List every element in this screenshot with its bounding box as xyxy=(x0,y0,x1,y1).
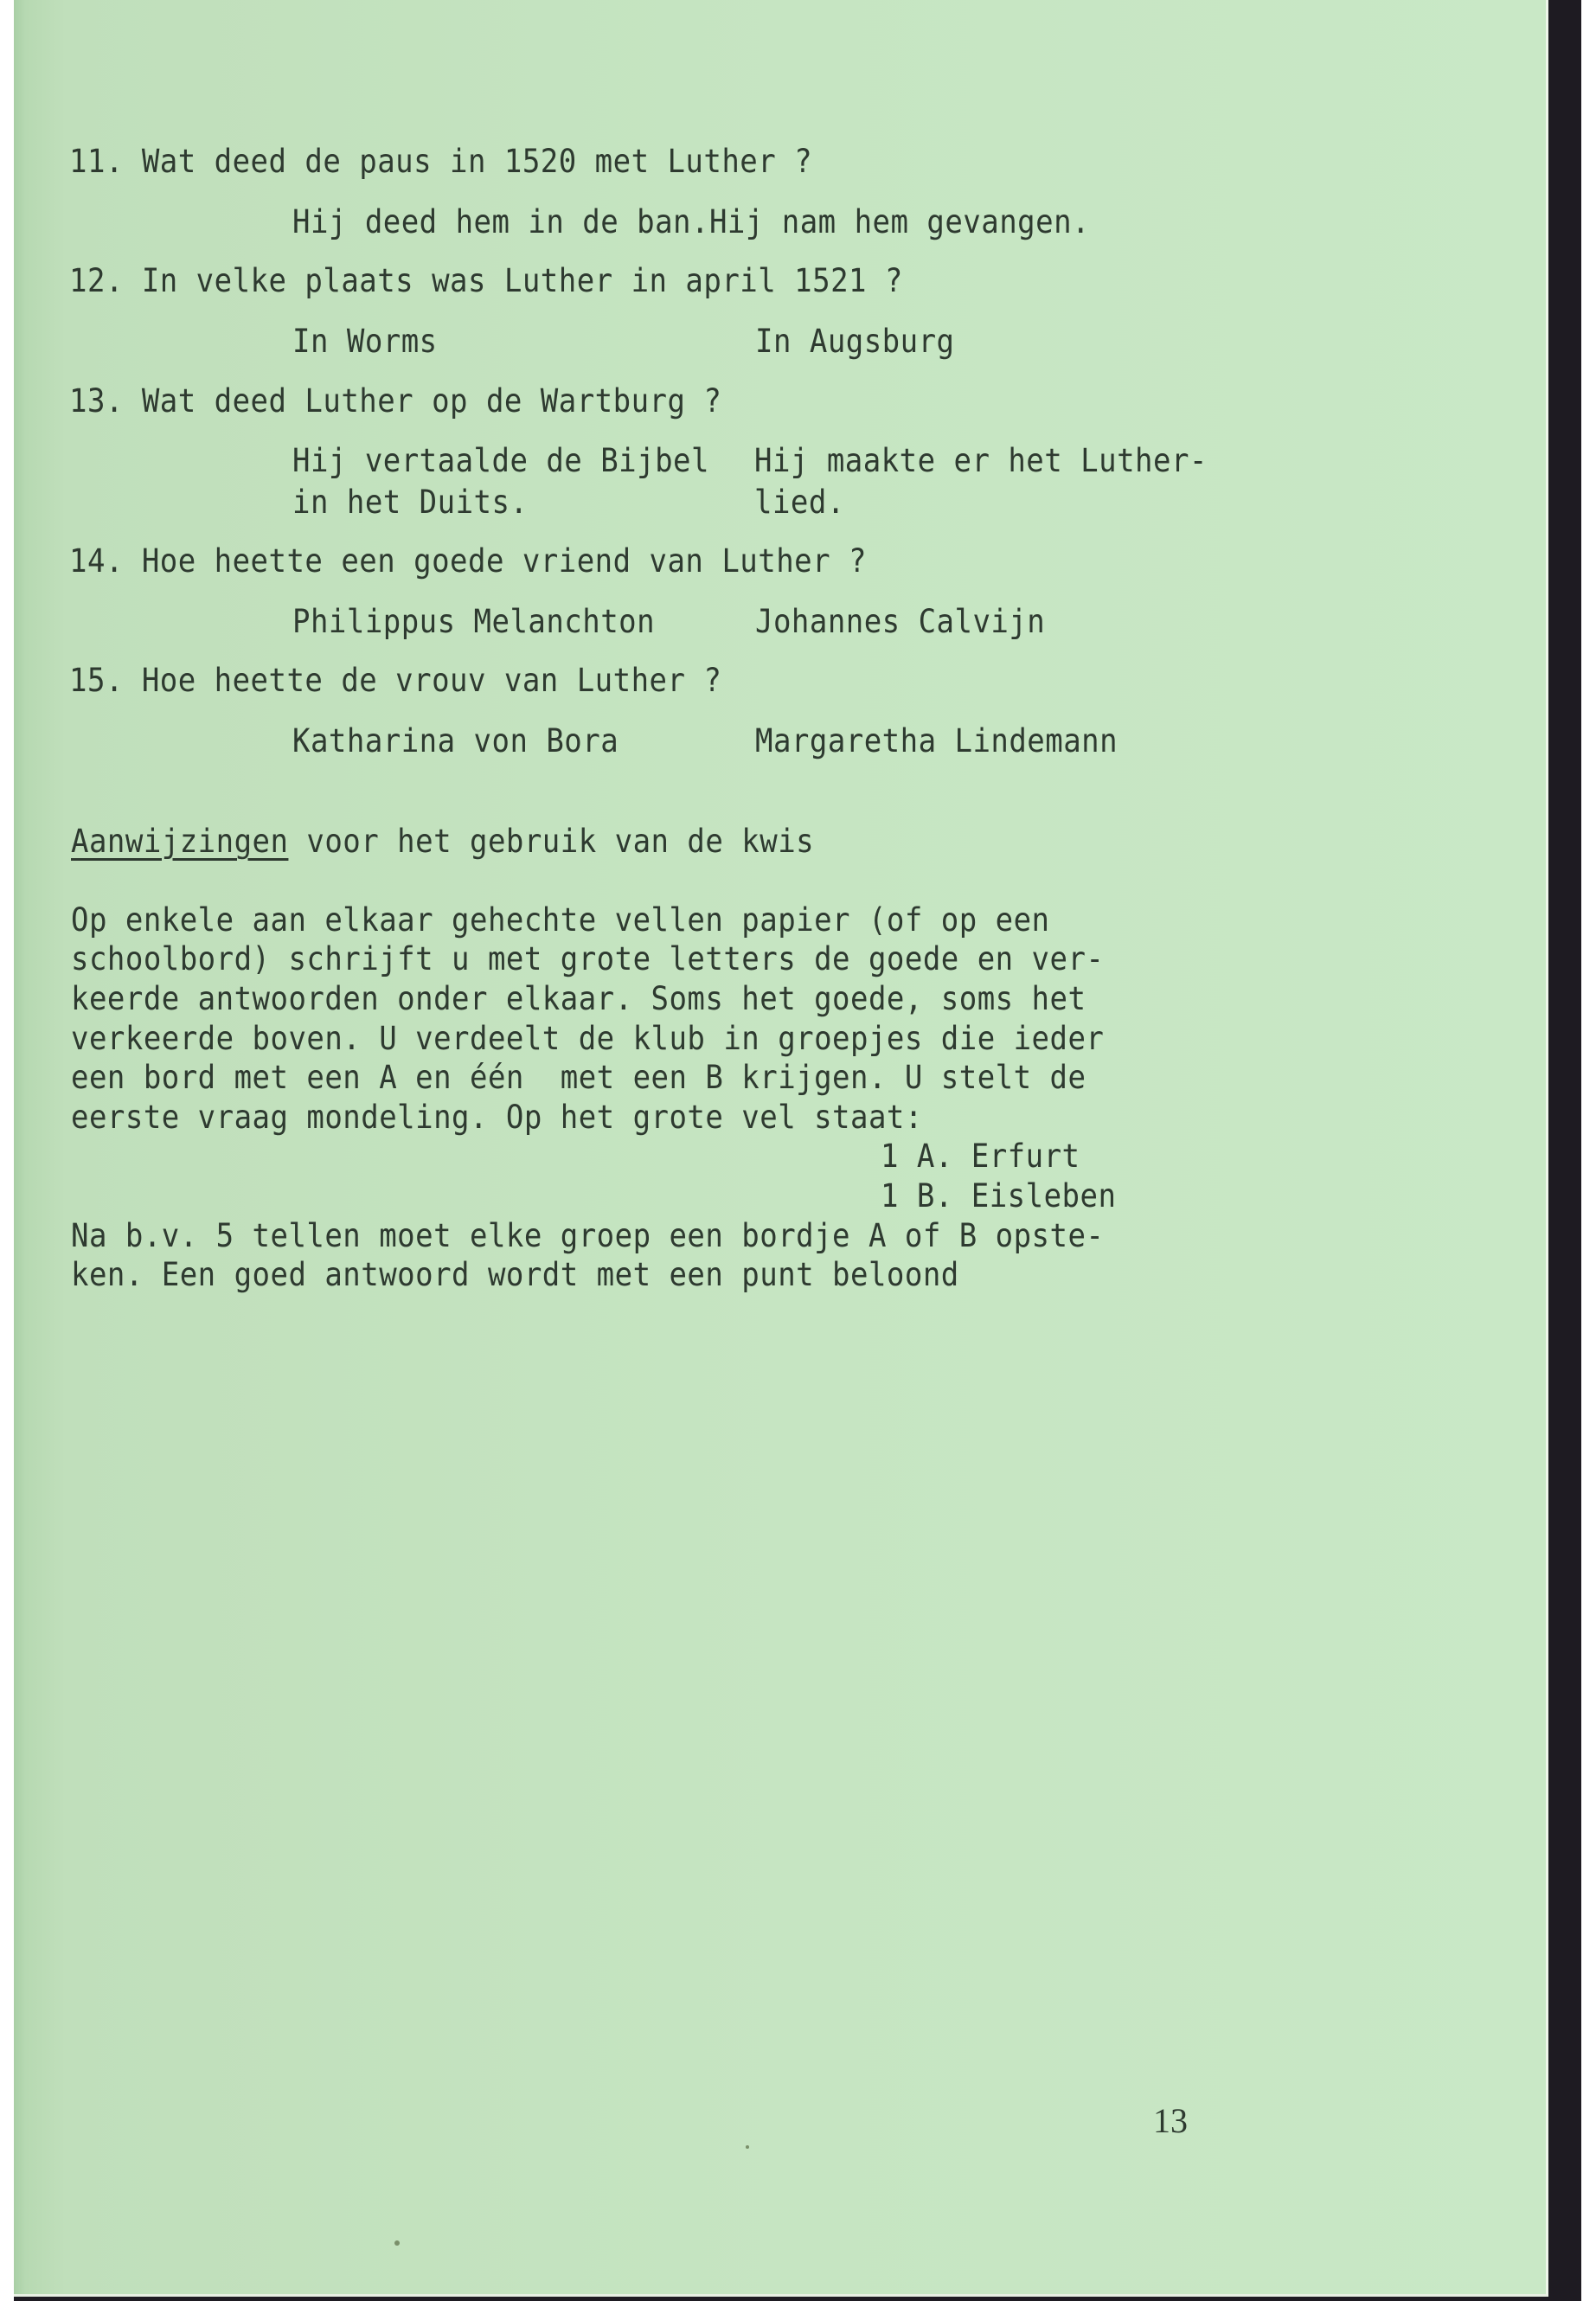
answer-a: Hij deed hem in de ban. xyxy=(292,203,709,240)
closing-line: ken. Een goed antwoord wordt met een pun… xyxy=(71,1259,959,1291)
question-text: Wat deed de paus in 1520 met Luther ? xyxy=(142,143,812,180)
question-text: Hoe heette de vrouv van Luther ? xyxy=(142,662,722,699)
question-text: In velke plaats was Luther in april 1521… xyxy=(142,262,903,299)
answer-13-a-line1: Hij vertaalde de Bijbel xyxy=(292,445,709,477)
answer-11: Hij deed hem in de ban.Hij nam hem gevan… xyxy=(292,206,1090,238)
answer-12-b: In Augsburg xyxy=(755,325,955,357)
question-number: 14. xyxy=(69,542,124,580)
paragraph-line: eerste vraag mondeling. Op het grote vel… xyxy=(71,1101,923,1133)
question-14: 14. Hoe heette een goede vriend van Luth… xyxy=(69,545,867,577)
question-number: 11. xyxy=(69,143,124,180)
answer-15-a: Katharina von Bora xyxy=(292,725,619,757)
heading-underlined: Aanwijzingen xyxy=(71,823,288,860)
page-number: 13 xyxy=(1153,2100,1188,2141)
answer-12-a: In Worms xyxy=(292,325,438,357)
answer-b: Hij nam hem gevangen. xyxy=(709,203,1090,240)
paragraph-line: Op enkele aan elkaar gehechte vellen pap… xyxy=(71,904,1050,936)
question-number: 15. xyxy=(69,662,124,699)
answer-13-a-line2: in het Duits. xyxy=(292,486,528,518)
answer-13-b-line1: Hij maakte er het Luther- xyxy=(754,445,1208,477)
question-text: Hoe heette een goede vriend van Luther ? xyxy=(142,542,867,580)
paragraph-line: keerde antwoorden onder elkaar. Soms het… xyxy=(71,983,1086,1015)
question-number: 13. xyxy=(69,382,124,420)
question-text: Wat deed Luther op de Wartburg ? xyxy=(142,382,722,420)
question-15: 15. Hoe heette de vrouv van Luther ? xyxy=(69,664,721,696)
heading-rest: voor het gebruik van de kwis xyxy=(288,823,814,860)
answer-13-b-line2: lied. xyxy=(754,486,845,518)
instructions-heading: Aanwijzingen voor het gebruik van de kwi… xyxy=(71,825,814,857)
example-line: 1 B. Eisleben xyxy=(881,1180,1116,1212)
answer-14-a: Philippus Melanchton xyxy=(292,606,655,638)
scan-speck xyxy=(746,2145,749,2149)
question-13: 13. Wat deed Luther op de Wartburg ? xyxy=(69,385,721,417)
question-number: 12. xyxy=(69,262,124,299)
paragraph-line: een bord met een A en één met een B krij… xyxy=(71,1061,1086,1093)
paragraph-line: verkeerde boven. U verdeelt de klub in g… xyxy=(71,1022,1104,1054)
question-11: 11. Wat deed de paus in 1520 met Luther … xyxy=(69,145,812,177)
question-12: 12. In velke plaats was Luther in april … xyxy=(69,265,903,297)
example-line: 1 A. Erfurt xyxy=(881,1140,1080,1172)
answer-15-b: Margaretha Lindemann xyxy=(755,725,1118,757)
scan-speck xyxy=(394,2240,400,2246)
paragraph-line: schoolbord) schrijft u met grote letters… xyxy=(71,943,1104,975)
closing-line: Na b.v. 5 tellen moet elke groep een bor… xyxy=(71,1220,1104,1252)
answer-14-b: Johannes Calvijn xyxy=(755,606,1045,638)
